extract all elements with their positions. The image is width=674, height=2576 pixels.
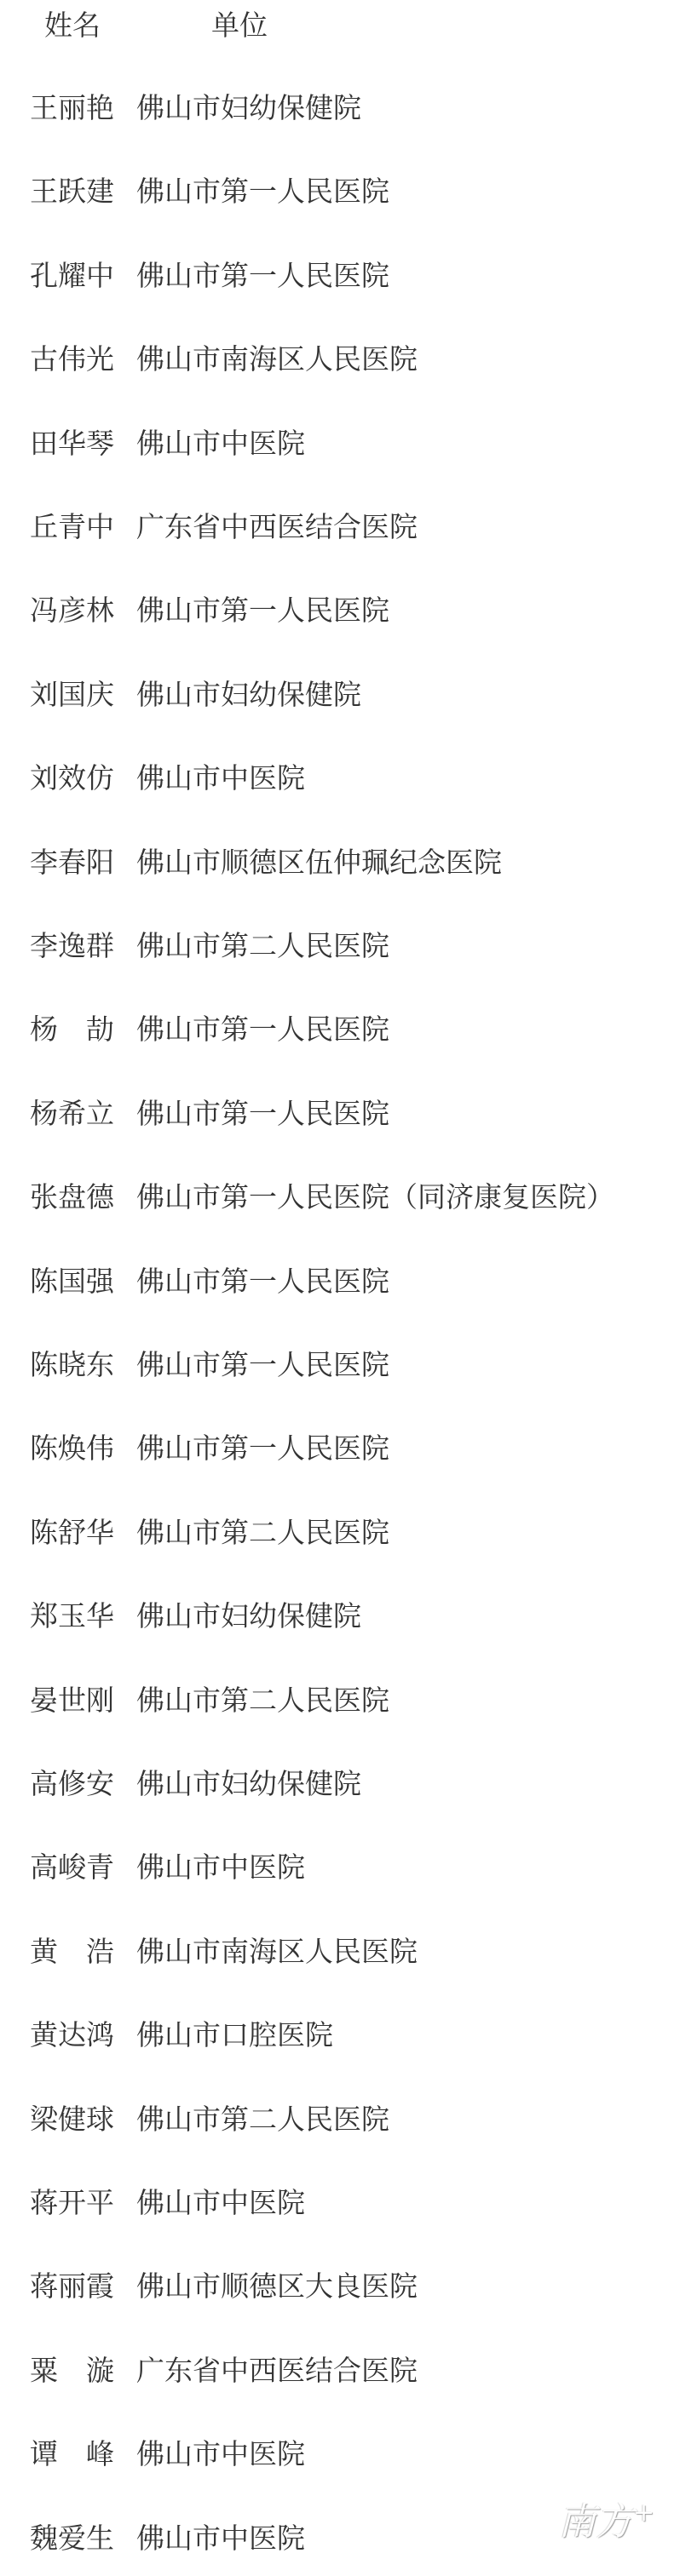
person-name: 蒋丽霞 bbox=[30, 2268, 136, 2305]
list-item: 刘国庆佛山市妇幼保健院 bbox=[30, 676, 361, 714]
column-header-name: 姓名 bbox=[44, 7, 101, 44]
person-unit: 佛山市中医院 bbox=[136, 2520, 305, 2557]
person-name: 张盘德 bbox=[30, 1179, 136, 1216]
person-unit: 佛山市第二人民医院 bbox=[136, 1514, 389, 1552]
person-unit: 佛山市妇幼保健院 bbox=[136, 89, 361, 127]
person-unit: 佛山市第一人民医院 bbox=[136, 1095, 389, 1133]
person-name: 陈舒华 bbox=[30, 1514, 136, 1552]
list-item: 晏世刚佛山市第二人民医院 bbox=[30, 1682, 389, 1719]
person-name: 刘效仿 bbox=[30, 760, 136, 797]
list-item: 陈晓东佛山市第一人民医院 bbox=[30, 1346, 389, 1384]
person-unit: 佛山市口腔医院 bbox=[136, 2017, 333, 2054]
person-unit: 佛山市中医院 bbox=[136, 1849, 305, 1886]
list-item: 粟 漩广东省中西医结合医院 bbox=[30, 2352, 418, 2390]
person-unit: 佛山市第一人民医院 bbox=[136, 1263, 389, 1300]
list-item: 古伟光佛山市南海区人民医院 bbox=[30, 341, 418, 378]
list-item: 王跃建佛山市第一人民医院 bbox=[30, 173, 389, 210]
person-name: 孔耀中 bbox=[30, 257, 136, 295]
person-unit: 广东省中西医结合医院 bbox=[136, 508, 418, 546]
list-item: 黄达鸿佛山市口腔医院 bbox=[30, 2017, 333, 2054]
list-item: 陈舒华佛山市第二人民医院 bbox=[30, 1514, 389, 1552]
person-unit: 佛山市第二人民医院 bbox=[136, 2101, 389, 2138]
person-name: 粟 漩 bbox=[30, 2352, 136, 2390]
person-unit: 佛山市南海区人民医院 bbox=[136, 341, 418, 378]
list-item: 丘青中广东省中西医结合医院 bbox=[30, 508, 418, 546]
person-unit: 佛山市第一人民医院 bbox=[136, 1011, 389, 1048]
person-name: 魏爱生 bbox=[30, 2520, 136, 2557]
person-name: 高峻青 bbox=[30, 1849, 136, 1886]
person-unit: 佛山市第一人民医院 bbox=[136, 173, 389, 210]
list-item: 杨 劼佛山市第一人民医院 bbox=[30, 1011, 389, 1048]
person-name: 陈焕伟 bbox=[30, 1430, 136, 1467]
person-unit: 佛山市中医院 bbox=[136, 2435, 305, 2473]
person-unit: 佛山市第一人民医院 bbox=[136, 1346, 389, 1384]
person-unit: 佛山市顺德区大良医院 bbox=[136, 2268, 418, 2305]
person-name: 高修安 bbox=[30, 1765, 136, 1803]
person-name: 黄达鸿 bbox=[30, 2017, 136, 2054]
list-item: 陈国强佛山市第一人民医院 bbox=[30, 1263, 389, 1300]
list-item: 刘效仿佛山市中医院 bbox=[30, 760, 305, 797]
person-name: 梁健球 bbox=[30, 2101, 136, 2138]
person-name: 郑玉华 bbox=[30, 1598, 136, 1635]
person-name: 李春阳 bbox=[30, 844, 136, 881]
person-unit: 佛山市妇幼保健院 bbox=[136, 1598, 361, 1635]
person-name: 杨 劼 bbox=[30, 1011, 136, 1048]
person-unit: 佛山市南海区人民医院 bbox=[136, 1933, 418, 1971]
person-unit: 佛山市妇幼保健院 bbox=[136, 1765, 361, 1803]
person-unit: 佛山市第一人民医院（同济康复医院） bbox=[136, 1179, 614, 1216]
person-name: 谭 峰 bbox=[30, 2435, 136, 2473]
watermark-plus: + bbox=[633, 2498, 654, 2527]
person-unit: 佛山市中医院 bbox=[136, 760, 305, 797]
list-item: 魏爱生佛山市中医院 bbox=[30, 2520, 305, 2557]
person-name: 田华琴 bbox=[30, 425, 136, 462]
person-name: 丘青中 bbox=[30, 508, 136, 546]
person-name: 晏世刚 bbox=[30, 1682, 136, 1719]
person-name: 陈国强 bbox=[30, 1263, 136, 1300]
person-name: 刘国庆 bbox=[30, 676, 136, 714]
person-unit: 佛山市第二人民医院 bbox=[136, 1682, 389, 1719]
list-item: 孔耀中佛山市第一人民医院 bbox=[30, 257, 389, 295]
person-unit: 佛山市中医院 bbox=[136, 2184, 305, 2222]
person-name: 杨希立 bbox=[30, 1095, 136, 1133]
person-unit: 佛山市第一人民医院 bbox=[136, 257, 389, 295]
list-item: 郑玉华佛山市妇幼保健院 bbox=[30, 1598, 361, 1635]
list-item: 冯彦林佛山市第一人民医院 bbox=[30, 592, 389, 629]
person-unit: 广东省中西医结合医院 bbox=[136, 2352, 418, 2390]
list-item: 李逸群佛山市第二人民医院 bbox=[30, 927, 389, 965]
person-name: 王丽艳 bbox=[30, 89, 136, 127]
watermark-logo: 南方+ bbox=[558, 2491, 654, 2545]
person-name: 李逸群 bbox=[30, 927, 136, 965]
list-item: 陈焕伟佛山市第一人民医院 bbox=[30, 1430, 389, 1467]
person-unit: 佛山市第一人民医院 bbox=[136, 592, 389, 629]
list-item: 杨希立佛山市第一人民医院 bbox=[30, 1095, 389, 1133]
person-name: 黄 浩 bbox=[30, 1933, 136, 1971]
list-item: 高修安佛山市妇幼保健院 bbox=[30, 1765, 361, 1803]
list-item: 张盘德佛山市第一人民医院（同济康复医院） bbox=[30, 1179, 614, 1216]
person-unit: 佛山市第二人民医院 bbox=[136, 927, 389, 965]
list-item: 王丽艳佛山市妇幼保健院 bbox=[30, 89, 361, 127]
list-item: 蒋丽霞佛山市顺德区大良医院 bbox=[30, 2268, 418, 2305]
person-name: 陈晓东 bbox=[30, 1346, 136, 1384]
column-header-unit: 单位 bbox=[211, 7, 268, 44]
person-unit: 佛山市妇幼保健院 bbox=[136, 676, 361, 714]
list-item: 高峻青佛山市中医院 bbox=[30, 1849, 305, 1886]
list-item: 谭 峰佛山市中医院 bbox=[30, 2435, 305, 2473]
person-name: 王跃建 bbox=[30, 173, 136, 210]
list-item: 梁健球佛山市第二人民医院 bbox=[30, 2101, 389, 2138]
person-name: 冯彦林 bbox=[30, 592, 136, 629]
person-unit: 佛山市中医院 bbox=[136, 425, 305, 462]
watermark-text: 南方 bbox=[558, 2500, 633, 2544]
list-item: 黄 浩佛山市南海区人民医院 bbox=[30, 1933, 418, 1971]
person-name: 蒋开平 bbox=[30, 2184, 136, 2222]
list-item: 李春阳佛山市顺德区伍仲珮纪念医院 bbox=[30, 844, 502, 881]
list-item: 田华琴佛山市中医院 bbox=[30, 425, 305, 462]
person-unit: 佛山市第一人民医院 bbox=[136, 1430, 389, 1467]
list-item: 蒋开平佛山市中医院 bbox=[30, 2184, 305, 2222]
person-unit: 佛山市顺德区伍仲珮纪念医院 bbox=[136, 844, 502, 881]
person-name: 古伟光 bbox=[30, 341, 136, 378]
